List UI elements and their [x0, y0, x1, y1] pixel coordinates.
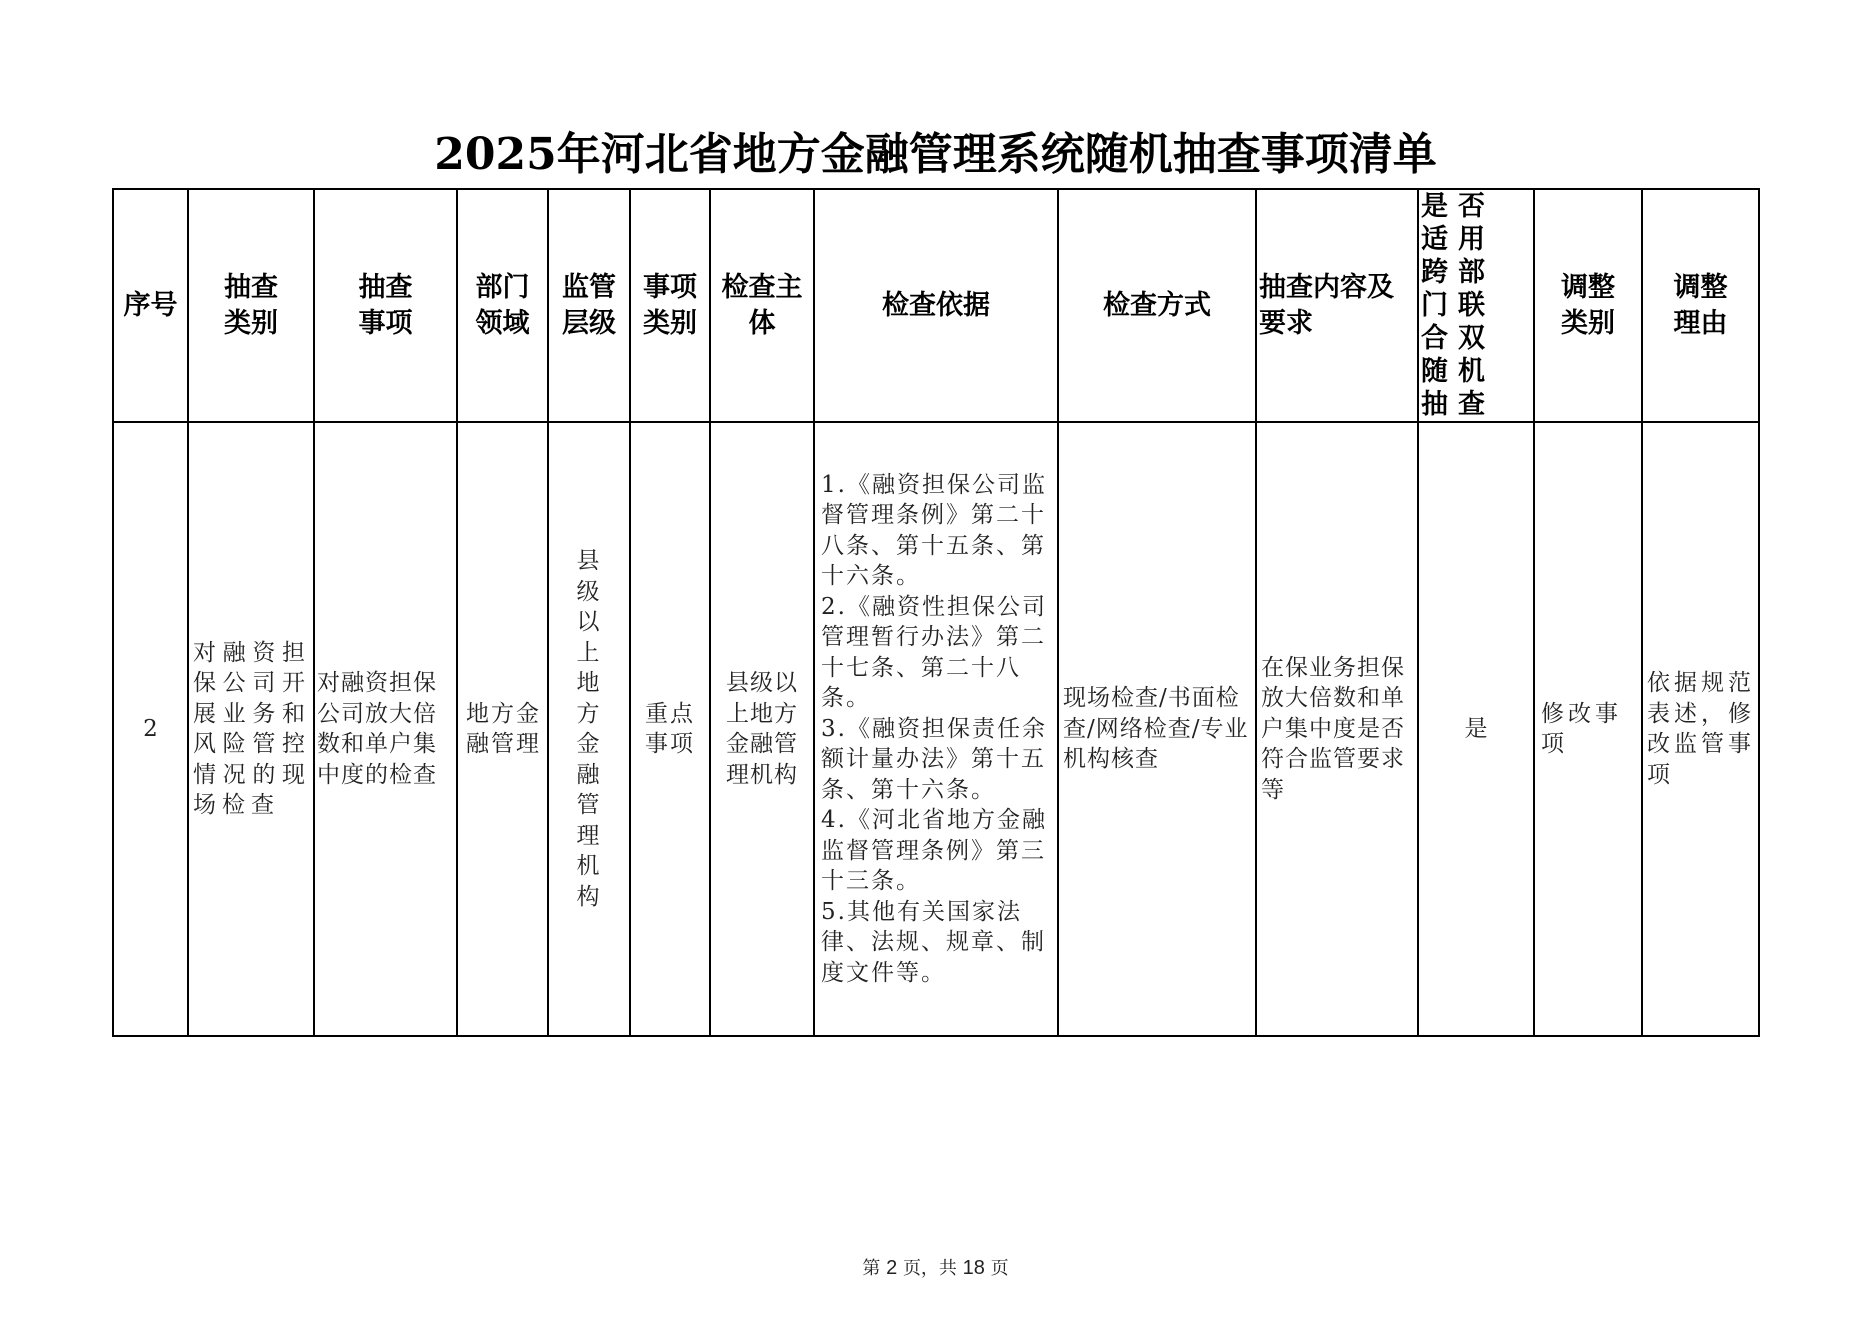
page-footer: 第 2 页，共 18 页 — [0, 1254, 1871, 1280]
header-method: 检查方式 — [1058, 189, 1256, 422]
header-content: 抽查内容及要求 — [1256, 189, 1418, 422]
page-prefix: 第 — [862, 1258, 880, 1279]
cell-domain: 地方金融管理 — [457, 422, 548, 1036]
header-inspector: 检查主体 — [710, 189, 814, 422]
cell-method: 现场检查/书面检查/网络检查/专业机构核查 — [1058, 422, 1256, 1036]
basis-item-4: 4.《河北省地方金融监督管理条例》第三十三条。 — [821, 805, 1053, 897]
header-cross-dept: 是否适用跨部门联合双随机抽查 — [1418, 189, 1534, 422]
header-adjust-type: 调整类别 — [1534, 189, 1642, 422]
page-mid: 页，共 — [903, 1258, 957, 1279]
header-level: 监管层级 — [548, 189, 630, 422]
document-title: 2025年河北省地方金融管理系统随机抽查事项清单 — [0, 118, 1871, 182]
cell-inspector: 县级以上地方金融管理机构 — [710, 422, 814, 1036]
basis-item-5: 5.其他有关国家法律、法规、规章、制度文件等。 — [821, 897, 1053, 989]
header-index: 序号 — [113, 189, 188, 422]
basis-item-3: 3.《融资担保责任余额计量办法》第十五条、第十六条。 — [821, 714, 1053, 806]
inspection-items-table: 序号 抽查类别 抽查事项 部门领域 监管层级 事项类别 检查主体 检查依据 检查… — [112, 188, 1760, 1037]
cell-index: 2 — [113, 422, 188, 1036]
table-header-row: 序号 抽查类别 抽查事项 部门领域 监管层级 事项类别 检查主体 检查依据 检查… — [113, 189, 1759, 422]
header-item-type: 事项类别 — [630, 189, 710, 422]
basis-item-2: 2.《融资性担保公司管理暂行办法》第二十七条、第二十八条。 — [821, 592, 1053, 714]
page-suffix: 页 — [991, 1258, 1009, 1279]
page-total: 18 — [963, 1257, 985, 1279]
header-basis: 检查依据 — [814, 189, 1058, 422]
cell-adjust-type: 修改事项 — [1534, 422, 1642, 1036]
header-category: 抽查类别 — [188, 189, 314, 422]
cell-item-type: 重点事项 — [630, 422, 710, 1036]
cell-level: 县级以上地方金融管理机构 — [548, 422, 630, 1036]
cell-category: 对融资担保公司开展业务和风险管控情况的现场检查 — [188, 422, 314, 1036]
cell-content: 在保业务担保放大倍数和单户集中度是否符合监管要求等 — [1256, 422, 1418, 1036]
page-current: 2 — [886, 1257, 897, 1279]
header-domain: 部门领域 — [457, 189, 548, 422]
basis-item-1: 1.《融资担保公司监督管理条例》第二十八条、第十五条、第十六条。 — [821, 470, 1053, 592]
table-row: 2 对融资担保公司开展业务和风险管控情况的现场检查 对融资担保公司放大倍数和单户… — [113, 422, 1759, 1036]
cell-item: 对融资担保公司放大倍数和单户集中度的检查 — [314, 422, 457, 1036]
header-item: 抽查事项 — [314, 189, 457, 422]
header-adjust-reason: 调整理由 — [1642, 189, 1759, 422]
cell-adjust-reason: 依据规范表述，修改监管事项 — [1642, 422, 1759, 1036]
cell-cross-dept: 是 — [1418, 422, 1534, 1036]
cell-basis: 1.《融资担保公司监督管理条例》第二十八条、第十五条、第十六条。 2.《融资性担… — [814, 422, 1058, 1036]
